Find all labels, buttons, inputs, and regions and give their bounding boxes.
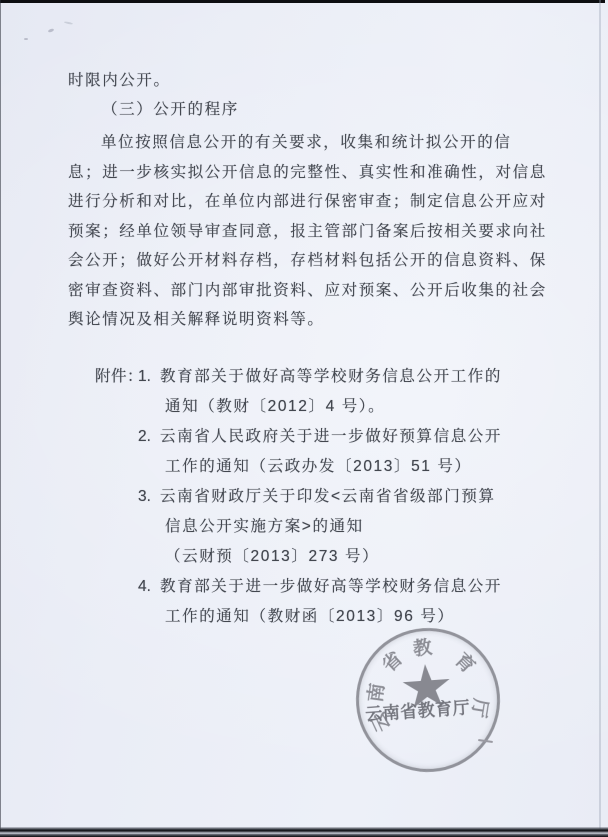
attachment-number: 3. — [138, 482, 160, 512]
section-heading: （三）公开的程序 — [102, 95, 239, 125]
attachment-number: 2. — [138, 422, 160, 452]
scanned-document-page: { "document": { "intro_line": "时限内公开。", … — [0, 0, 608, 837]
attachment-title-continuation: 通知（教财〔2012〕4 号）。 — [95, 392, 565, 422]
attachment-item: 4.教育部关于进一步做好高等学校财务信息公开 — [95, 572, 565, 602]
attachment-title: 云南省人民政府关于进一步做好预算信息公开 — [160, 428, 502, 445]
attachment-title: 教育部关于进一步做好高等学校财务信息公开 — [160, 578, 502, 595]
attachment-title-continuation: 信息公开实施方案>的通知 — [95, 512, 565, 542]
body-text-line: 进行分析和对比，在单位内部进行保密审查；制定信息公开应对 — [68, 187, 548, 217]
attachment-number: 4. — [138, 572, 160, 602]
paper-speck — [24, 38, 28, 40]
attachment-item: 附件：1.教育部关于做好高等学校财务信息公开工作的 — [95, 362, 565, 392]
attachment-list: 附件：1.教育部关于做好高等学校财务信息公开工作的 通知（教财〔2012〕4 号… — [95, 362, 565, 632]
body-text-line: 单位按照信息公开的有关要求，收集和统计拟公开的信 — [68, 128, 548, 158]
attachment-number: 1. — [138, 362, 160, 392]
scan-edge-bottom — [0, 827, 608, 837]
attachment-title-continuation: 工作的通知（云政办发〔2013〕51 号） — [95, 452, 565, 482]
attachment-doc-number: （云财预〔2013〕273 号） — [95, 542, 565, 572]
body-text-line: 预案；经单位领导审查同意，报主管部门备案后按相关要求向社 — [68, 217, 548, 247]
official-seal: 云 南 省 教 育 厅 云南省教育厅 — [351, 623, 505, 777]
scan-edge-top — [0, 0, 605, 3]
body-text-line: 密审查资料、部门内部审批资料、应对预案、公开后收集的社会 — [68, 276, 548, 306]
paper-speck — [48, 28, 55, 33]
attachment-title: 云南省财政厅关于印发<云南省省级部门预算 — [160, 488, 496, 505]
attachment-item: 3.云南省财政厅关于印发<云南省省级部门预算 — [95, 482, 565, 512]
attachment-title: 教育部关于做好高等学校财务信息公开工作的 — [160, 368, 502, 385]
seal-arc-char: 教 — [411, 637, 435, 661]
paper-edge-right — [599, 0, 601, 837]
paragraph-end-line: 时限内公开。 — [68, 66, 171, 96]
body-paragraph: 单位按照信息公开的有关要求，收集和统计拟公开的信 息；进一步核实拟公开信息的完整… — [68, 128, 548, 335]
body-text-line: 舆论情况及相关解释说明资料等。 — [68, 305, 548, 335]
body-text-line: 会公开；做好公开材料存档，存档材料包括公开的信息资料、保 — [68, 246, 548, 276]
attachment-item: 2.云南省人民政府关于进一步做好预算信息公开 — [95, 422, 565, 452]
body-text-line: 息；进一步核实拟公开信息的完整性、真实性和准确性，对信息 — [68, 158, 548, 188]
attachment-label: 附件： — [95, 362, 138, 392]
paper-speck — [64, 21, 73, 25]
scan-edge-left — [0, 0, 1, 837]
